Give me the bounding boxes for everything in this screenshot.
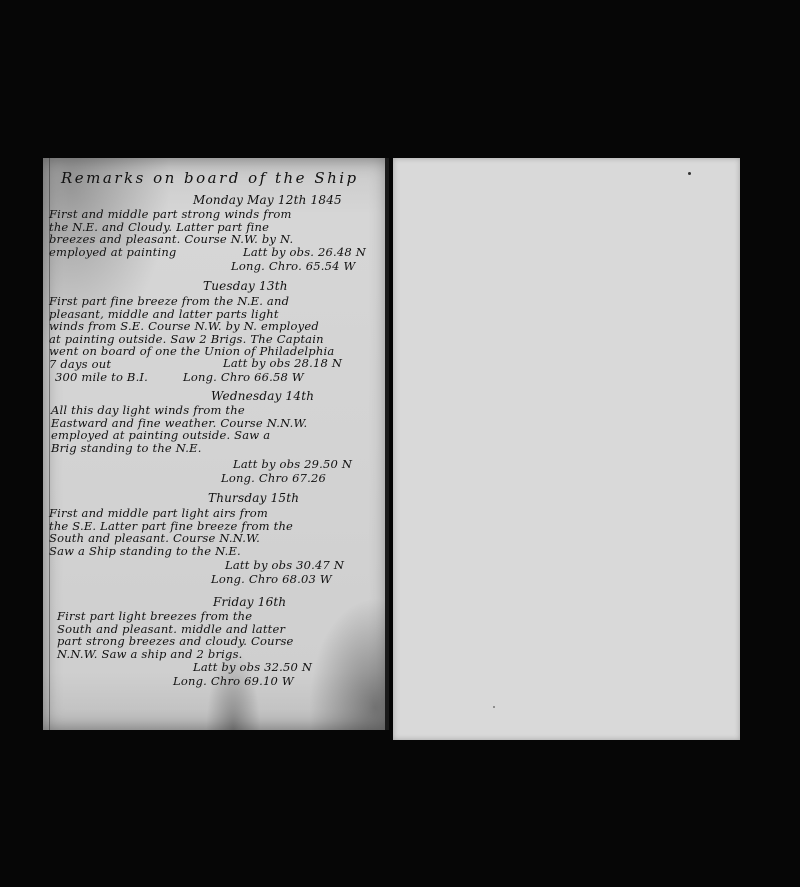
entry-line: N.N.W. Saw a ship and 2 brigs.: [57, 648, 294, 661]
entry-date: Monday May 12th 1845: [193, 194, 342, 207]
logbook-page-right-blank: [393, 158, 740, 740]
entry-date: Tuesday 13th: [203, 280, 288, 293]
entry-line: part strong breezes and cloudy. Course: [57, 635, 294, 648]
entry-line: employed at painting outside. Saw a: [51, 429, 307, 442]
scan-viewer: Remarks on board of the Ship Monday May …: [0, 0, 800, 887]
entry-line: Brig standing to the N.E.: [51, 442, 307, 455]
entry-longitude: Long. Chro 69.10 W: [173, 675, 294, 688]
entry-latitude: Latt by obs 28.18 N: [223, 357, 342, 370]
entry-line: South and pleasant. Course N.N.W.: [49, 532, 293, 545]
entry-line: First part fine breeze from the N.E. and: [49, 295, 334, 308]
entry-longitude: Long. Chro 67.26: [221, 472, 326, 485]
entry-date: Wednesday 14th: [211, 390, 314, 403]
entry-latitude: Latt by obs 29.50 N: [233, 458, 352, 471]
paper-speck: [688, 172, 691, 175]
entry-line: winds from S.E. Course N.W. by N. employ…: [49, 320, 334, 333]
logbook-page-left: Remarks on board of the Ship Monday May …: [43, 158, 389, 730]
entry-latitude: Latt by obs. 26.48 N: [243, 246, 366, 259]
book-spine: [385, 158, 389, 730]
entry-line: First and middle part light airs from: [49, 507, 293, 520]
entry-line: All this day light winds from the: [51, 404, 307, 417]
entry-latitude: Latt by obs 30.47 N: [225, 559, 344, 572]
entry-line: First and middle part strong winds from: [49, 208, 293, 221]
paper-speck: [493, 706, 495, 708]
page-heading: Remarks on board of the Ship: [61, 172, 359, 185]
entry-longitude: Long. Chro 68.03 W: [211, 573, 332, 586]
entry-date: Friday 16th: [213, 596, 286, 609]
entry-latitude: Latt by obs 32.50 N: [193, 661, 312, 674]
entry-line: Saw a Ship standing to the N.E.: [49, 545, 293, 558]
entry-longitude: Long. Chro. 65.54 W: [231, 260, 356, 273]
entry-line: breezes and pleasant. Course N.W. by N.: [49, 233, 293, 246]
entry-date: Thursday 15th: [208, 492, 299, 505]
entry-note: 300 mile to B.I.: [55, 371, 148, 384]
entry-longitude: Long. Chro 66.58 W: [183, 371, 304, 384]
entry-line: First part light breezes from the: [57, 610, 294, 623]
